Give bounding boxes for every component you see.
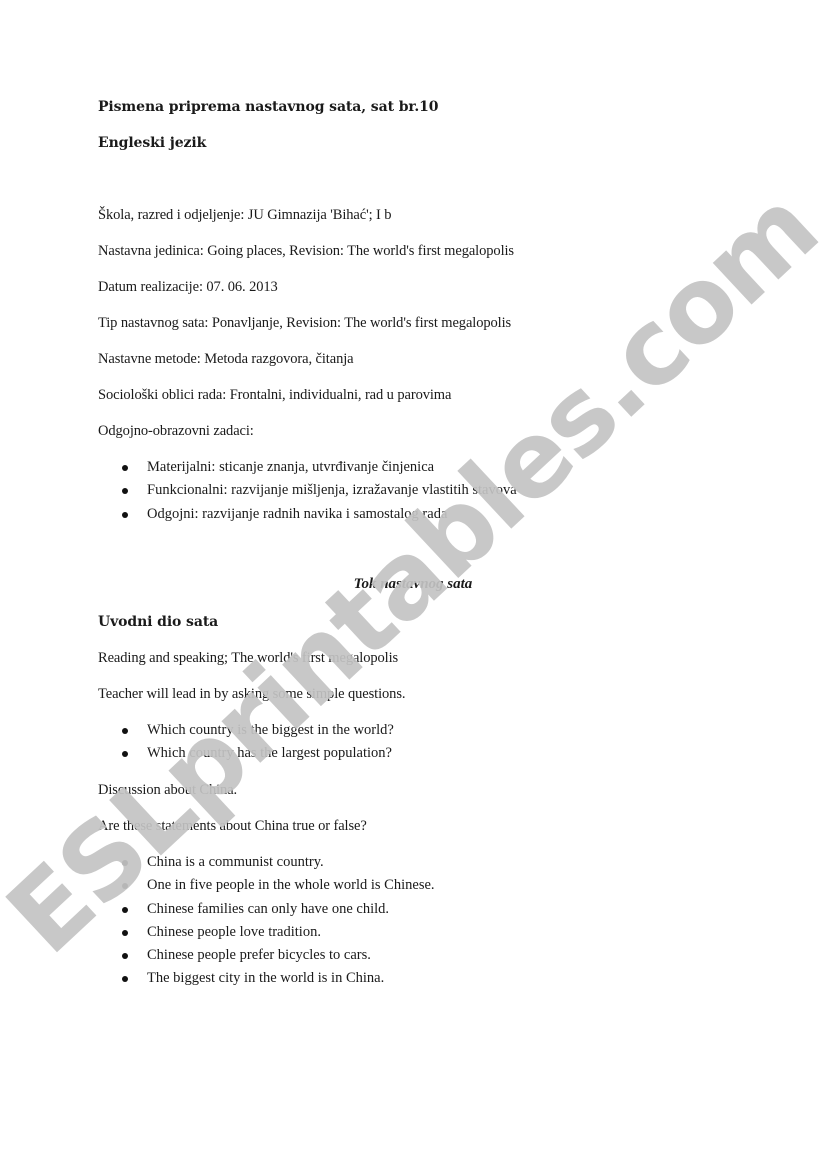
section-title: Tok nastavnog sata: [0, 576, 826, 593]
list-item: Chinese people prefer bicycles to cars.: [119, 944, 435, 967]
bullet-icon: [122, 860, 128, 866]
bullet-icon: [122, 930, 128, 936]
list-item: One in five people in the whole world is…: [119, 874, 435, 897]
statements-prompt: Are these statements about China true or…: [98, 818, 367, 835]
list-item: Materijalni: sticanje znanja, utvrđivanj…: [119, 456, 517, 479]
tasks-list: Materijalni: sticanje znanja, utvrđivanj…: [119, 456, 517, 526]
field-lesson-type: Tip nastavnog sata: Ponavljanje, Revisio…: [98, 315, 511, 332]
intro-line: Reading and speaking; The world's first …: [98, 650, 398, 667]
bullet-icon: [122, 976, 128, 982]
list-item: Chinese people love tradition.: [119, 921, 435, 944]
field-unit: Nastavna jedinica: Going places, Revisio…: [98, 243, 514, 260]
list-item: Odgojni: razvijanje radnih navika i samo…: [119, 503, 517, 526]
statements-list: China is a communist country. One in fiv…: [119, 851, 435, 991]
list-item: China is a communist country.: [119, 851, 435, 874]
field-school: Škola, razred i odjeljenje: JU Gimnazija…: [98, 207, 391, 224]
bullet-icon: [122, 883, 128, 889]
field-methods: Nastavne metode: Metoda razgovora, čitan…: [98, 351, 353, 368]
bullet-icon: [122, 512, 128, 518]
list-item: Funkcionalni: razvijanje mišljenja, izra…: [119, 479, 517, 502]
list-item: Which country is the biggest in the worl…: [119, 719, 394, 742]
intro-line: Teacher will lead in by asking some simp…: [98, 686, 405, 703]
bullet-icon: [122, 728, 128, 734]
field-work-forms: Sociološki oblici rada: Frontalni, indiv…: [98, 387, 451, 404]
subject-heading: Engleski jezik: [98, 135, 206, 151]
bullet-icon: [122, 907, 128, 913]
document-title: Pismena priprema nastavnog sata, sat br.…: [98, 99, 438, 115]
intro-heading: Uvodni dio sata: [98, 614, 218, 630]
list-item: Which country has the largest population…: [119, 742, 394, 765]
list-item: The biggest city in the world is in Chin…: [119, 967, 435, 990]
bullet-icon: [122, 488, 128, 494]
bullet-icon: [122, 465, 128, 471]
discussion-line: Discussion about China.: [98, 782, 237, 799]
document-page: Pismena priprema nastavnog sata, sat br.…: [0, 0, 826, 1169]
field-date: Datum realizacije: 07. 06. 2013: [98, 279, 278, 296]
questions-list: Which country is the biggest in the worl…: [119, 719, 394, 766]
list-item: Chinese families can only have one child…: [119, 898, 435, 921]
bullet-icon: [122, 751, 128, 757]
bullet-icon: [122, 953, 128, 959]
field-tasks-label: Odgojno-obrazovni zadaci:: [98, 423, 254, 440]
